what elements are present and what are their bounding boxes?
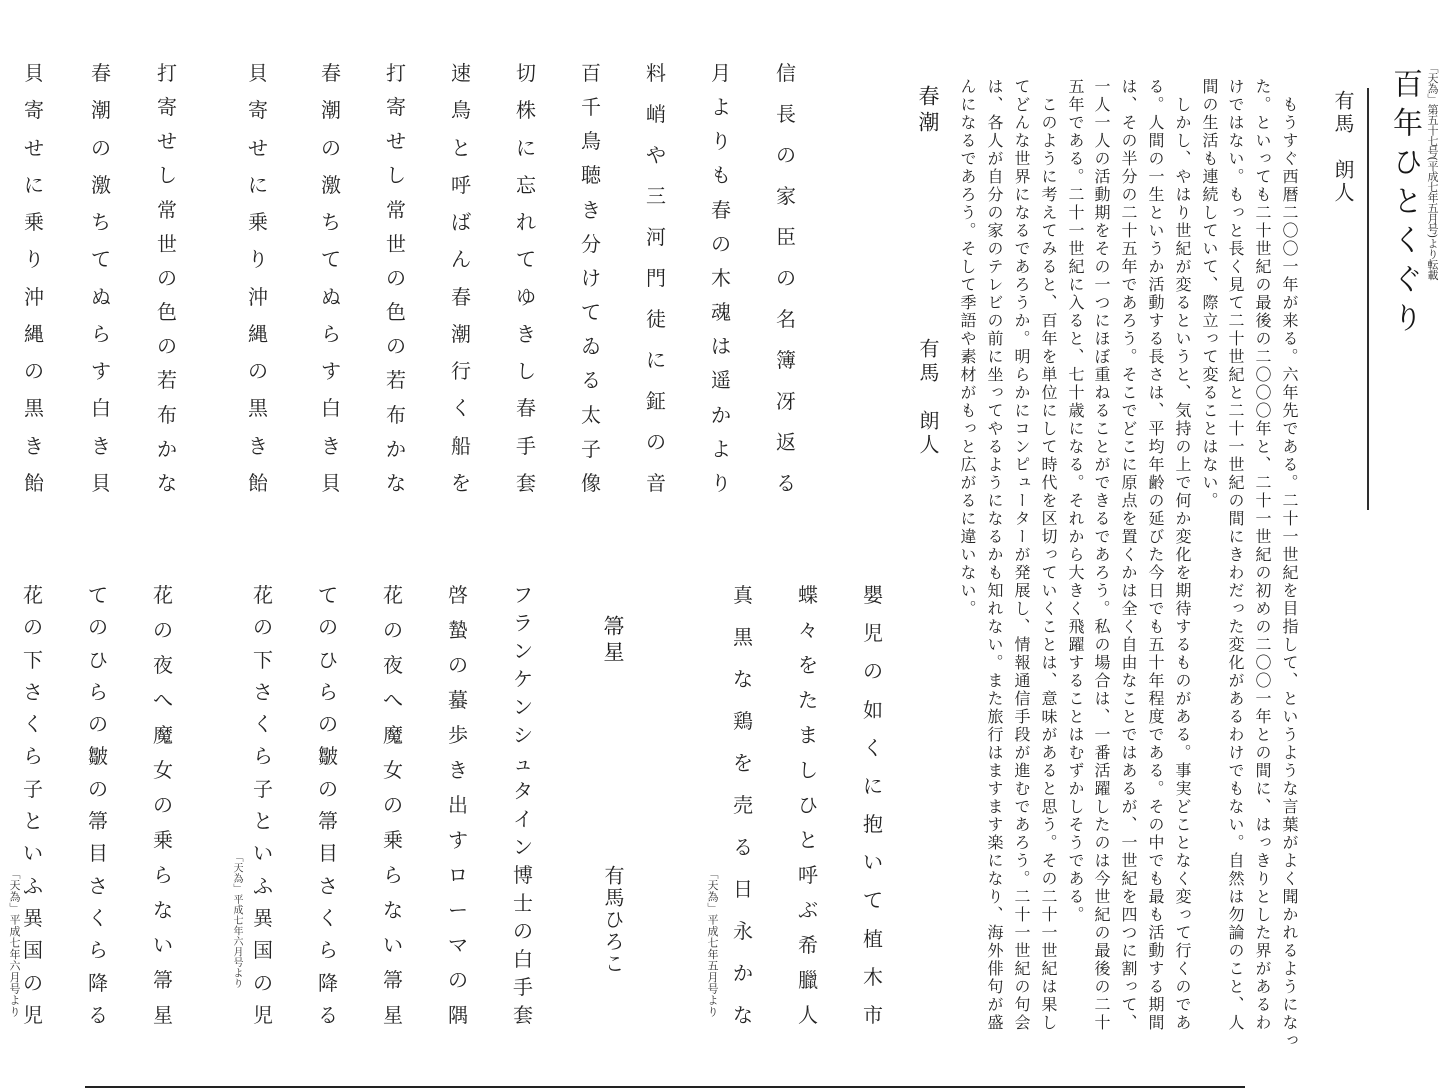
page-title: 百年ひとくぐり — [1382, 68, 1426, 341]
essay-column: 間の生活も連続していて、際立って変ることはない。 — [1198, 78, 1221, 510]
haiku-column: 蝶々をたましひと呼ぶ希臘人 — [795, 585, 821, 1025]
haiku-column: 速鳥と呼ばん春潮行く船を — [448, 63, 474, 493]
haiku-column: 真黒な鶏を売る日永かな — [730, 585, 756, 1025]
essay-column: 五年である。二十一世紀に入ると、七十歳になる。それから大きく飛躍することはむずか… — [1064, 78, 1087, 924]
haiku-column: てのひらの皺の箒目さくら降る — [85, 585, 111, 1025]
section-title-shuncho: 春潮 — [913, 85, 943, 137]
essay-column: しかし、やはり世紀が変るというと、気持の上で何か変化を期待するものがある。事実ど… — [1171, 78, 1194, 1032]
haiku-column: 月よりも春の木魂は遥かより — [708, 63, 734, 493]
haiku-column: 料峭や三河門徒に鉦の音 — [643, 63, 669, 493]
title-divider-rule — [1367, 88, 1369, 510]
haiku-column: 啓蟄の蟇歩き出すローマの隅 — [445, 585, 471, 1025]
section-author-hokiboshi: 有馬ひろこ — [599, 865, 628, 975]
haiku-column: てのひらの皺の箒目さくら降る — [315, 585, 341, 1025]
essay-column: る。人間の一生というか活動する長さは、平均年齢の延びた今日でも五十年程度である。… — [1144, 78, 1167, 1032]
section-title-hokiboshi: 箒星 — [598, 615, 628, 667]
section-author-shuncho: 有馬 朗人 — [914, 338, 943, 458]
essay-column: てどんな世界になるであろうか。明らかにコンピューターが発展し、情報通信手段が進む… — [1010, 78, 1033, 1032]
essay-column: もうすぐ西暦二〇〇一年が来る。六年先である。二十一世紀を目指して、というような言… — [1278, 78, 1301, 1050]
haiku-column: 春潮の激ちてぬらす白き貝 — [88, 63, 114, 493]
source-note-hokiboshi: 「天為」平成七年六月号より — [229, 852, 244, 989]
essay-column: けではない。もっと長く見て二十世紀と二十一世紀の間にきわだった変化があるわけでも… — [1224, 78, 1247, 1032]
haiku-column: 春潮の激ちてぬらす白き貝 — [318, 63, 344, 493]
haiku-column: 貝寄せに乗り沖縄の黒き飴 — [21, 63, 47, 493]
essay-column: は、その半分の二十五年であろう。そこでどこに原点を置くかは全く自由なことではある… — [1117, 78, 1140, 1032]
essay-column: た。といっても二十世紀の最後の二〇〇〇年と、二十一世紀の初めの二〇〇一年との間に… — [1251, 78, 1274, 1032]
reprint-source-note: 「天為」第五十七号(平成七年五月号)より転載 — [1424, 62, 1440, 280]
haiku-column: 嬰児の如くに抱いて植木市 — [860, 585, 886, 1025]
essay-column: は、各人が自分の家のテレビの前に坐ってやるようになるかも知れない。また旅行はます… — [983, 78, 1006, 1032]
haiku-column: 貝寄せに乗り沖縄の黒き飴 — [245, 63, 271, 493]
essay-column: このように考えてみると、百年を単位にして時代を区切っていくことは、意味があると思… — [1037, 78, 1060, 1032]
page-bottom-rule — [85, 1086, 1245, 1088]
haiku-column: 切株に忘れてゆきし春手套 — [513, 63, 539, 493]
haiku-column: 打寄せし常世の色の若布かな — [383, 63, 409, 493]
essay-column: 一人一人の活動期をその一つにほぼ重ねることができるであろう。私の場合は、一番活躍… — [1090, 78, 1113, 1032]
haiku-column: 信長の家臣の名簿冴返る — [773, 63, 799, 493]
haiku-column: 百千鳥聴き分けてゐる太子像 — [578, 63, 604, 493]
haiku-column: 花の下さくら子といふ異国の児 — [250, 585, 276, 1025]
source-note-shuncho: 「天為」平成七年五月号より — [704, 868, 720, 1018]
essay-author: 有馬 朗人 — [1329, 90, 1358, 205]
haiku-column: 花の夜へ魔女の乗らない箒星 — [150, 585, 176, 1025]
source-note-hokiboshi-repeat: 「天為」平成七年六月号より — [6, 868, 22, 1018]
haiku-column: 花の夜へ魔女の乗らない箒星 — [380, 585, 406, 1025]
essay-column: んになるであろう。そして季語や素材がもっと広がるに違いない。 — [956, 78, 979, 618]
haiku-column: 花の下さくら子といふ異国の児 — [20, 585, 46, 1025]
haiku-column: 打寄せし常世の色の若布かな — [154, 63, 180, 493]
haiku-column: フランケンシュタイン博士の白手套 — [510, 585, 536, 1025]
